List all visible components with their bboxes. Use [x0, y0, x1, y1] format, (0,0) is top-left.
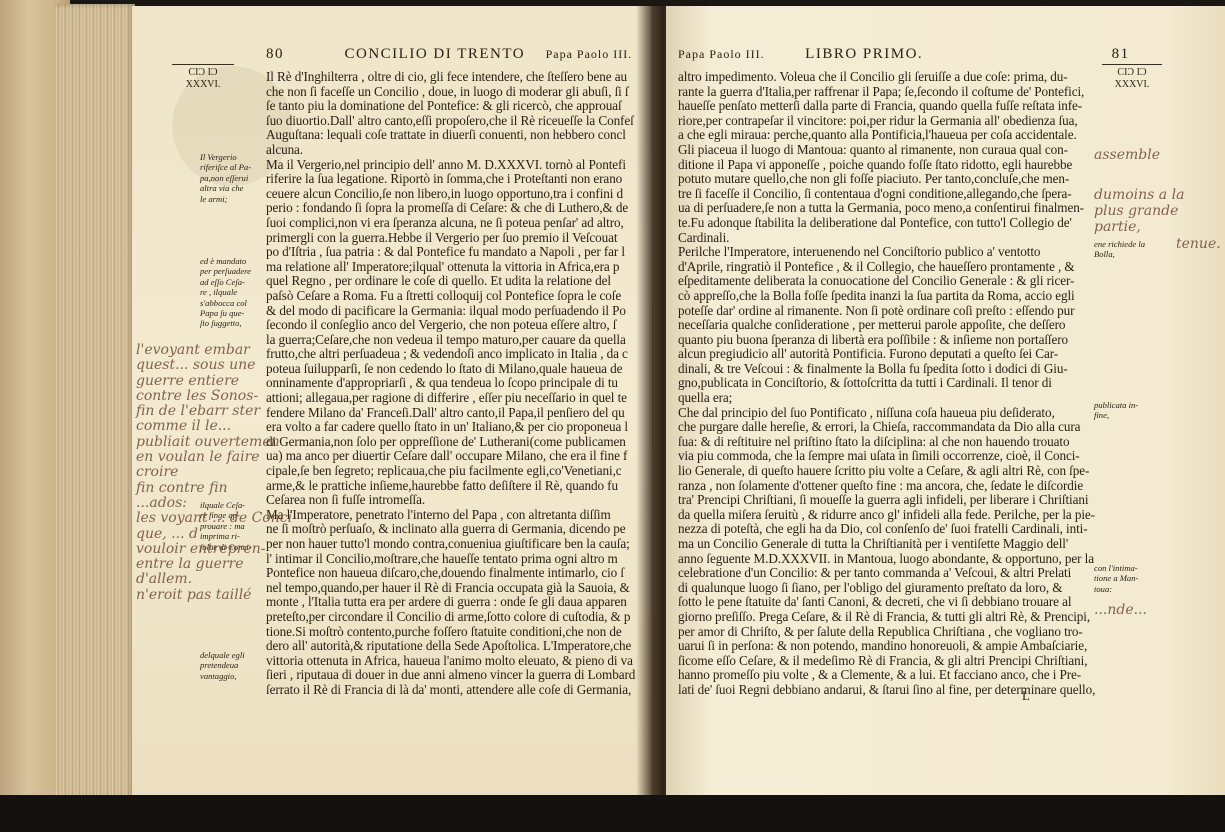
- right-body-text: altro impedimento. Voleua che il Concili…: [678, 70, 1098, 698]
- margin-note: ed è mandatoper perſuaderead eſſo Ceſa-r…: [200, 256, 251, 329]
- handwritten-line: vouloir entrepren-: [136, 542, 297, 557]
- handwritten-line: fin de l'ebarr ster: [136, 404, 297, 419]
- text-line: altro impedimento. Voleua che il Concili…: [678, 70, 1098, 85]
- text-line: ne ſi moſtrò perſuaſo, & inclinato alla …: [266, 522, 650, 537]
- text-line: Pontefice non haueua diſcaro,che,douendo…: [266, 566, 650, 581]
- text-line: a che egli miraua: perche,quanto alla Po…: [678, 128, 1098, 143]
- text-line: hanno promeſſo piu volte , & a Clemente,…: [678, 668, 1098, 683]
- text-line: po d'Iſtria , ſua patria : & dal Pontefi…: [266, 245, 650, 260]
- text-line: Auguſtana: lequali coſe trattate in diue…: [266, 128, 650, 143]
- handwritten-line: fin contre fin: [136, 481, 297, 496]
- text-line: riferire la ſua legatione. Riportò in ſo…: [266, 172, 650, 187]
- text-line: era volto a far cadere quello ſtato in u…: [266, 420, 650, 435]
- margin-note: Il Vergerioriferiſce al Pa-pa,non eſſeru…: [200, 152, 251, 204]
- text-line: ſicome eſſo Ceſare, & il medeſimo Rè di …: [678, 654, 1098, 669]
- text-line: Ma il Vergerio,nel principio dell' anno …: [266, 158, 650, 173]
- margin-note: con l'intima-tione a Man-toua:: [1094, 563, 1138, 594]
- text-line: monte , l'Italia tutta era per ardere di…: [266, 595, 650, 610]
- text-line: ſerrato il Rè di Francia di là da' monti…: [266, 683, 650, 698]
- right-running-head-pope: Papa Paolo III.: [678, 47, 765, 61]
- handwritten-line: publiait ouvertemen: [136, 435, 297, 450]
- right-running-head: LIBRO PRIMO.: [805, 46, 923, 62]
- text-line: ſecondo il conſeglio anco del Vergerio, …: [266, 318, 650, 333]
- handwritten-note: plus grande: [1094, 204, 1178, 219]
- text-line: primergli con la guerra.Hebbe il Vergeri…: [266, 231, 650, 246]
- left-handwritten-annotations: l'evoyant embarquest... sous uneguerre e…: [136, 343, 297, 603]
- text-line: alcuna.: [266, 143, 650, 158]
- text-line: l' intimar il Concilio,moſtrare,che haue…: [266, 552, 650, 567]
- left-running-head-pope: Papa Paolo III.: [546, 47, 633, 61]
- text-line: fendere Milano da' Franceſi.Dall' altro …: [266, 406, 650, 421]
- text-line: & del modo di pacificare la Germania: il…: [266, 304, 650, 319]
- text-line: eſpeditamente deliberata la conuocatione…: [678, 274, 1098, 289]
- left-page-number: 80: [266, 46, 284, 62]
- text-line: Cardinali.: [678, 231, 1098, 246]
- text-line: di Germania,non ſolo per oppreſſione de'…: [266, 435, 650, 450]
- text-line: rante la guerra d'Italia,per raffrenar i…: [678, 85, 1098, 100]
- text-line: giorno preſiſſo. Prega Ceſare, & il Rè d…: [678, 610, 1098, 625]
- text-line: ſuoi complici,non vi era ſperanza alcuna…: [266, 216, 650, 231]
- text-line: ua di perſuadere,ſe non a tutta la Germa…: [678, 201, 1098, 216]
- text-line: celebratione d'un Concilio: & per tanto …: [678, 566, 1098, 581]
- text-line: ceuere alcun Concilio,ſe non libero,in l…: [266, 187, 650, 202]
- text-line: anno ſeguente M.D.XXXVII. in Mantoua, lu…: [678, 552, 1098, 567]
- text-line: che purgare dalle hereſie, & errori, la …: [678, 420, 1098, 435]
- text-line: nel tempo,quando,per hauer il Rè di Fran…: [266, 581, 650, 596]
- right-year-note: CIƆ IƆ XXXVI.: [1102, 64, 1162, 91]
- margin-note: publicata in-fine,: [1094, 400, 1138, 421]
- text-line: ſuo diuortio.Dall' altro canto,eſſi prop…: [266, 114, 650, 129]
- handwritten-line: croire: [136, 465, 297, 480]
- text-line: te.Fu adonque ſtabilita la deliberatione…: [678, 216, 1098, 231]
- text-line: Il Rè d'Inghilterra , oltre di cio, gli …: [266, 70, 650, 85]
- handwritten-note: partie,: [1094, 220, 1141, 235]
- signature-mark: L: [1022, 688, 1030, 704]
- text-line: lati de' ſuoi Regni debbiano andarui, & …: [678, 683, 1098, 698]
- text-line: riore,per contrapeſar il vincitore: poi,…: [678, 114, 1098, 129]
- handwritten-note: ...nde...: [1094, 603, 1147, 618]
- text-line: paſsò Ceſare a Roma. Fu a ſtretti colloq…: [266, 289, 650, 304]
- left-page-header: 80 CONCILIO DI TRENTO Papa Paolo III.: [266, 46, 632, 63]
- text-line: vittoria ottenuta in Africa, haueua l'an…: [266, 654, 650, 669]
- text-line: poteſſe dar' ordine al rimanente. Non ſi…: [678, 304, 1098, 319]
- text-line: ſieri , riputaua di douer in due anni al…: [266, 668, 650, 683]
- text-line: ſotto le pene ſtatuite da' ſanti Canoni,…: [678, 595, 1098, 610]
- text-line: ua) ma anco per diuertir Ceſare dall' oc…: [266, 449, 650, 464]
- text-line: ſua: & di reſtituire nel priſtino ſtato …: [678, 435, 1098, 450]
- text-line: haueſſe penſato metterſi dalla parte di …: [678, 99, 1098, 114]
- text-line: da quella miſera ſeruitù , & ridurre anc…: [678, 508, 1098, 523]
- handwritten-note: dumoins a la: [1094, 188, 1184, 203]
- text-line: dero all' autorità,& riputatione della S…: [266, 639, 650, 654]
- table-shadow: [0, 795, 1225, 832]
- handwritten-line: n'eroit pas taillé: [136, 588, 297, 603]
- left-running-head: CONCILIO DI TRENTO: [345, 46, 526, 62]
- left-page: 80 CONCILIO DI TRENTO Papa Paolo III. CI…: [132, 6, 652, 802]
- handwritten-line: guerre entiere: [136, 374, 297, 389]
- handwritten-line: quest... sous une: [136, 358, 297, 373]
- text-line: d'Aprile, ringratiò il Pontefice , & il …: [678, 260, 1098, 275]
- text-line: attioni; allegaua,per ragione di differi…: [266, 391, 650, 406]
- text-line: ranza , non ſolamente d'ottener queſto f…: [678, 479, 1098, 494]
- left-year-note: CIƆ IƆ XXXVI.: [172, 64, 234, 91]
- handwritten-note: assemble: [1094, 148, 1160, 163]
- text-line: quanto piu buona ſperanza di libertà era…: [678, 333, 1098, 348]
- margin-note: delquale eglipretendeuavantaggio,: [200, 650, 245, 681]
- right-page: Papa Paolo III. LIBRO PRIMO. 81 CIƆ IƆ X…: [666, 6, 1225, 802]
- text-line: tione.Si moſtrò contento,purche foſſero …: [266, 625, 650, 640]
- text-line: ditione il Papa vi apponeſſe , poiche qu…: [678, 158, 1098, 173]
- text-line: dinali, & tre Veſcoui : & finalmente la …: [678, 362, 1098, 377]
- text-line: uarui ſi in perſona: & non potendo, mand…: [678, 639, 1098, 654]
- text-line: Che dal principio del ſuo Pontificato , …: [678, 406, 1098, 421]
- text-line: poteua ſuilupparſi, ſe non cedendo lo ſt…: [266, 362, 650, 377]
- text-line: di qualunque luogo ſi ſiano, per l'oblig…: [678, 581, 1098, 596]
- handwritten-line: contre les Sonos-: [136, 389, 297, 404]
- text-line: tre ſi faceſſe il Concilio, ſi contentau…: [678, 187, 1098, 202]
- text-line: per non hauer tutto'l mondo contra,conue…: [266, 537, 650, 552]
- handwritten-line: d'allem.: [136, 572, 297, 587]
- text-line: Ma l'Imperatore, penetrato l'interno del…: [266, 508, 650, 523]
- margin-note: ene richiede laBolla,: [1094, 239, 1145, 260]
- handwritten-line: ...ados:: [136, 496, 297, 511]
- text-line: neceſſaria qualche conſideratione , per …: [678, 318, 1098, 333]
- page-block-edge: [55, 4, 135, 802]
- text-line: tra' Prencipi Chriſtiani, ſi moueſſe la …: [678, 493, 1098, 508]
- text-line: onninamente d'appropriarſi , & qua tende…: [266, 376, 650, 391]
- text-line: frutto,che altri perſuadeua ; & vedendoſ…: [266, 347, 650, 362]
- handwritten-note: tenue.: [1176, 237, 1221, 252]
- text-line: via piu commoda, che la ſempre mai uſata…: [678, 449, 1098, 464]
- handwritten-line: entre la guerre: [136, 557, 297, 572]
- text-line: nezza di poteſtà, che egli ha da Dio, co…: [678, 522, 1098, 537]
- handwritten-line: les voyant ... de Conci-: [136, 511, 297, 526]
- text-line: preteſto,per circondare il Concilio di a…: [266, 610, 650, 625]
- right-page-header: Papa Paolo III. LIBRO PRIMO. 81: [678, 46, 1130, 63]
- text-line: cò appreſſo,che la Bolla foſſe ſpedita i…: [678, 289, 1098, 304]
- text-line: la guerra;Ceſare,che non vedeua il tempo…: [266, 333, 650, 348]
- handwritten-line: comme il le...: [136, 419, 297, 434]
- handwritten-line: en voulan le faire: [136, 450, 297, 465]
- handwritten-line: l'evoyant embar: [136, 343, 297, 358]
- left-body-text: Il Rè d'Inghilterra , oltre di cio, gli …: [266, 70, 650, 698]
- text-line: quella era;: [678, 391, 1098, 406]
- text-line: Ceſarea non ſi fuſſe intromeſſa.: [266, 493, 650, 508]
- text-line: Perilche l'Imperatore, interuenendo nel …: [678, 245, 1098, 260]
- text-line: perio : fondando ſi ſopra la promeſſa di…: [266, 201, 650, 216]
- text-line: quel Regno , per ordinare le coſe di que…: [266, 274, 650, 289]
- text-line: Gli piaceua il luogo di Mantoua: quanto …: [678, 143, 1098, 158]
- text-line: gno,publicata in Conciſtorio, & ſottoſcr…: [678, 376, 1098, 391]
- text-line: arme,& le prattiche inſieme,haurebbe fat…: [266, 479, 650, 494]
- text-line: potuto mutare quello,che non gli foſſe p…: [678, 172, 1098, 187]
- text-line: lio Generale, di queſto hauere ſcritto p…: [678, 464, 1098, 479]
- text-line: alcun pregiudicio all' autorità Pontific…: [678, 347, 1098, 362]
- text-line: ſe tanto piu la dominatione del Pontefic…: [266, 99, 650, 114]
- handwritten-line: que, ... d: [136, 527, 297, 542]
- text-line: cipale,ſe ben ſegreto; replicaua,che piu…: [266, 464, 650, 479]
- text-line: ma un Concilio Generale di tutta la Chri…: [678, 537, 1098, 552]
- text-line: ma relatione all' Imperatore;ilqual' ott…: [266, 260, 650, 275]
- text-line: che non ſi faceſſe un Concilio , doue, i…: [266, 85, 650, 100]
- text-line: per amor di Chriſto, & per ſalute della …: [678, 625, 1098, 640]
- right-page-number: 81: [1112, 46, 1130, 62]
